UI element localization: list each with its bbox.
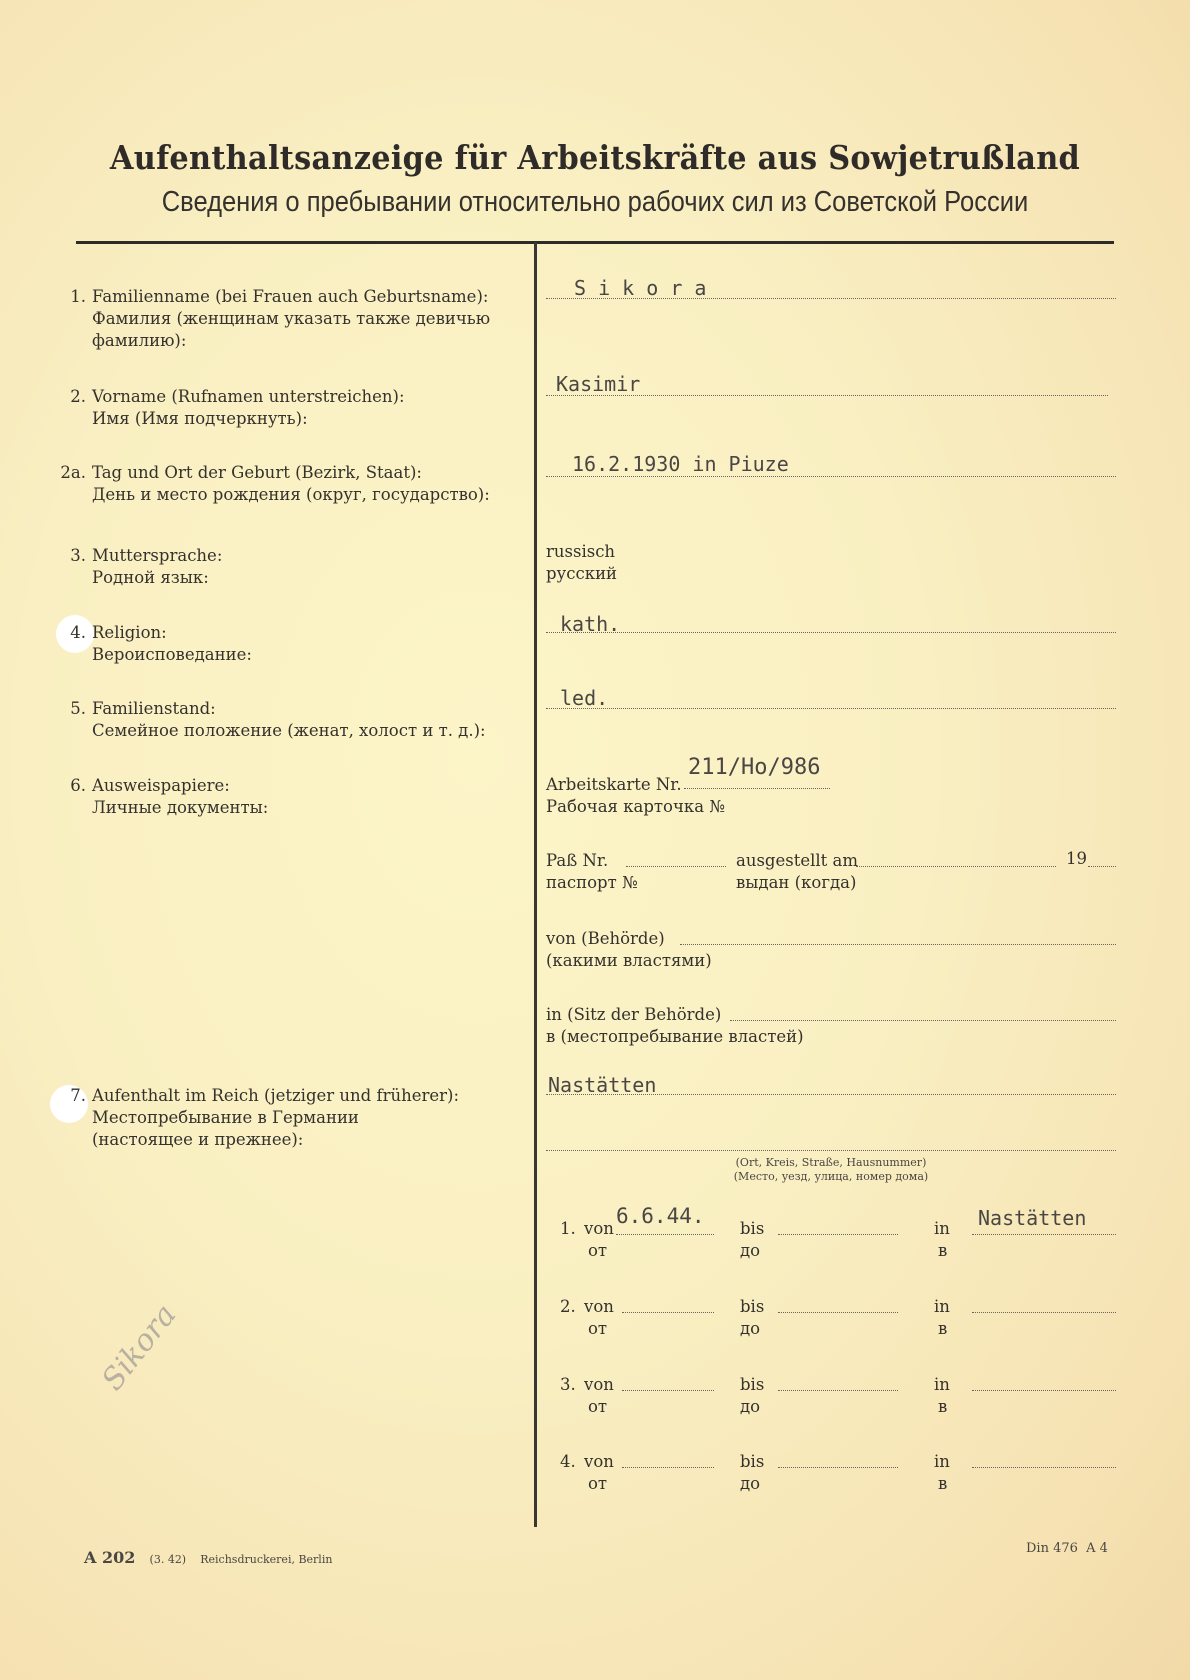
surname-line [546,298,1116,299]
surname-value[interactable]: S i k o r a [574,276,706,300]
stay-4-from-line[interactable] [622,1467,714,1468]
stay-2-in-line[interactable] [972,1312,1116,1313]
stay-1-in-value[interactable]: Nastätten [978,1206,1086,1230]
stay-2-from-de: von [584,1296,614,1318]
stay-2-to-de: bis [740,1296,764,1318]
stay-2-from-line[interactable] [622,1312,714,1313]
stay-3-from-line[interactable] [622,1390,714,1391]
field-4-label-ru: Вероисповедание: [52,644,532,666]
field-7-label-ru2: (настоящее и прежнее): [52,1129,532,1151]
stay-4-num: 4. [560,1451,576,1473]
stay-4-to-ru: до [740,1473,760,1495]
stay-2-from-ru: от [588,1318,607,1340]
authority-label: von (Behörde) (какими властями) [546,928,712,972]
marital-status-value[interactable]: led. [560,686,608,710]
form-title-german: Aufenthaltsanzeige für Arbeitskräfte aus… [48,138,1143,177]
field-3-label-ru: Родной язык: [52,567,532,589]
field-3-label-de: Muttersprache: [92,546,222,565]
stay-2-to-line[interactable] [778,1312,898,1313]
stay-1-to-line[interactable] [778,1234,898,1235]
field-7-label-ru: Местопребывание в Германии [52,1107,532,1129]
field-6-label-de: Ausweispapiere: [92,776,230,795]
authority-label-de: von (Behörde) [546,928,712,950]
form-title-russian: Сведения о пребывании относительно рабоч… [71,186,1118,219]
stay-3-in-ru: в [938,1396,947,1418]
field-7-label: 7.Aufenthalt im Reich (jetziger und früh… [52,1085,532,1151]
address-hint-de: (Ort, Kreis, Straße, Hausnummer) [546,1156,1116,1170]
stay-1-in-de: in [934,1218,950,1240]
stay-1-from-value[interactable]: 6.6.44. [616,1204,705,1228]
din-format: Din 476 A 4 [1026,1541,1108,1556]
stay-row-4: 4. von от bis до in в [560,1443,1120,1493]
first-name-value[interactable]: Kasimir [556,372,640,396]
stay-1-to-ru: до [740,1240,760,1262]
stay-3-to-ru: до [740,1396,760,1418]
address-hint-ru: (Место, уезд, улица, номер дома) [546,1170,1116,1184]
passport-number-line[interactable] [626,866,726,867]
mother-tongue-value: russisch русский [546,541,617,585]
stay-row-1: 1. von от 6.6.44. bis до in в Nastätten [560,1210,1120,1260]
stay-1-from-de: von [584,1218,614,1240]
authority-seat-label-de: in (Sitz der Behörde) [546,1004,804,1026]
field-6-label-ru: Личные документы: [52,797,532,819]
field-1-label-ru: Фамилия (женщинам указать также девичью [52,308,532,330]
field-3-label: 3.Muttersprache: Родной язык: [52,545,532,589]
field-2-label: 2.Vorname (Rufnamen unterstreichen): Имя… [52,386,532,430]
authority-line[interactable] [680,944,1116,945]
header-divider [76,241,1114,244]
stay-2-to-ru: до [740,1318,760,1340]
stay-4-in-de: in [934,1451,950,1473]
field-2a-label: 2a.Tag und Ort der Geburt (Bezirk, Staat… [52,462,532,506]
field-7-label-de: Aufenthalt im Reich (jetziger und früher… [92,1086,459,1105]
form-printer: Reichsdruckerei, Berlin [200,1553,332,1566]
stay-2-num: 2. [560,1296,576,1318]
form-number: A 202 [84,1548,135,1567]
work-card-value[interactable]: 211/Ho/986 [688,755,820,780]
field-1-label-de: Familienname (bei Frauen auch Geburtsnam… [92,287,488,306]
field-6-label: 6.Ausweispapiere: Личные документы: [52,775,532,819]
religion-line [546,632,1116,633]
form-footer: A 202 (3. 42) Reichsdruckerei, Berlin [84,1548,332,1567]
work-card-label: Arbeitskarte Nr. Рабочая карточка № [546,774,725,818]
field-2-label-ru: Имя (Имя подчеркнуть): [52,408,532,430]
first-name-line [546,395,1108,396]
residence-line-2[interactable] [546,1150,1116,1151]
form-edition: (3. 42) [150,1553,187,1566]
passport-label: Paß Nr. паспорт № [546,850,638,894]
issued-label: ausgestellt am выдан (когда) [736,850,858,894]
stay-1-num: 1. [560,1218,576,1240]
mother-tongue-ru: русский [546,563,617,585]
stay-3-to-line[interactable] [778,1390,898,1391]
authority-label-ru: (какими властями) [546,950,712,972]
stay-3-in-de: in [934,1374,950,1396]
work-card-label-ru: Рабочая карточка № [546,796,725,818]
work-card-line [684,788,830,789]
field-5-label-de: Familienstand: [92,699,216,718]
stay-4-from-de: von [584,1451,614,1473]
stay-1-to-de: bis [740,1218,764,1240]
stay-1-in-line [972,1234,1116,1235]
stay-4-in-line[interactable] [972,1467,1116,1468]
field-5-label-ru: Семейное положение (женат, холост и т. д… [52,720,532,742]
stay-4-in-ru: в [938,1473,947,1495]
stay-2-in-ru: в [938,1318,947,1340]
stay-row-2: 2. von от bis до in в [560,1288,1120,1338]
field-1-label: 1.Familienname (bei Frauen auch Geburtsn… [52,286,532,352]
field-2a-label-ru: День и место рождения (округ, государств… [52,484,532,506]
field-2a-label-de: Tag und Ort der Geburt (Bezirk, Staat): [92,463,422,482]
stay-row-3: 3. von от bis до in в [560,1366,1120,1416]
issued-year-line[interactable] [1088,866,1116,867]
issued-label-ru: выдан (когда) [736,872,858,894]
field-4-label: 4.Religion: Вероисповедание: [52,622,532,666]
passport-label-de: Paß Nr. [546,850,638,872]
stay-3-to-de: bis [740,1374,764,1396]
issued-date-line[interactable] [856,866,1056,867]
field-2-label-de: Vorname (Rufnamen unterstreichen): [92,387,405,406]
authority-seat-label: in (Sitz der Behörde) в (местопребывание… [546,1004,804,1048]
stay-3-num: 3. [560,1374,576,1396]
stay-1-from-line [616,1234,714,1235]
field-5-label: 5.Familienstand: Семейное положение (жен… [52,698,532,742]
issued-year-prefix: 19 [1066,848,1087,870]
residence-line-1 [546,1094,1116,1095]
stay-2-in-de: in [934,1296,950,1318]
stay-1-from-ru: от [588,1240,607,1262]
stay-3-from-ru: от [588,1396,607,1418]
field-1-label-ru2: фамилию): [52,330,532,352]
stay-3-in-line[interactable] [972,1390,1116,1391]
birth-value[interactable]: 16.2.1930 in Piuze [572,452,789,476]
passport-label-ru: паспорт № [546,872,638,894]
stay-1-in-ru: в [938,1240,947,1262]
signature: Sikora [95,1298,183,1397]
marital-status-line [546,708,1116,709]
authority-seat-line[interactable] [730,1020,1116,1021]
authority-seat-label-ru: в (местопребывание властей) [546,1026,804,1048]
birth-line [546,476,1116,477]
stay-4-to-de: bis [740,1451,764,1473]
address-hint: (Ort, Kreis, Straße, Hausnummer) (Место,… [546,1156,1116,1184]
issued-label-de: ausgestellt am [736,850,858,872]
column-divider [534,242,537,1527]
stay-4-from-ru: от [588,1473,607,1495]
field-4-label-de: Religion: [92,623,167,642]
stay-3-from-de: von [584,1374,614,1396]
mother-tongue-de: russisch [546,541,617,563]
stay-4-to-line[interactable] [778,1467,898,1468]
